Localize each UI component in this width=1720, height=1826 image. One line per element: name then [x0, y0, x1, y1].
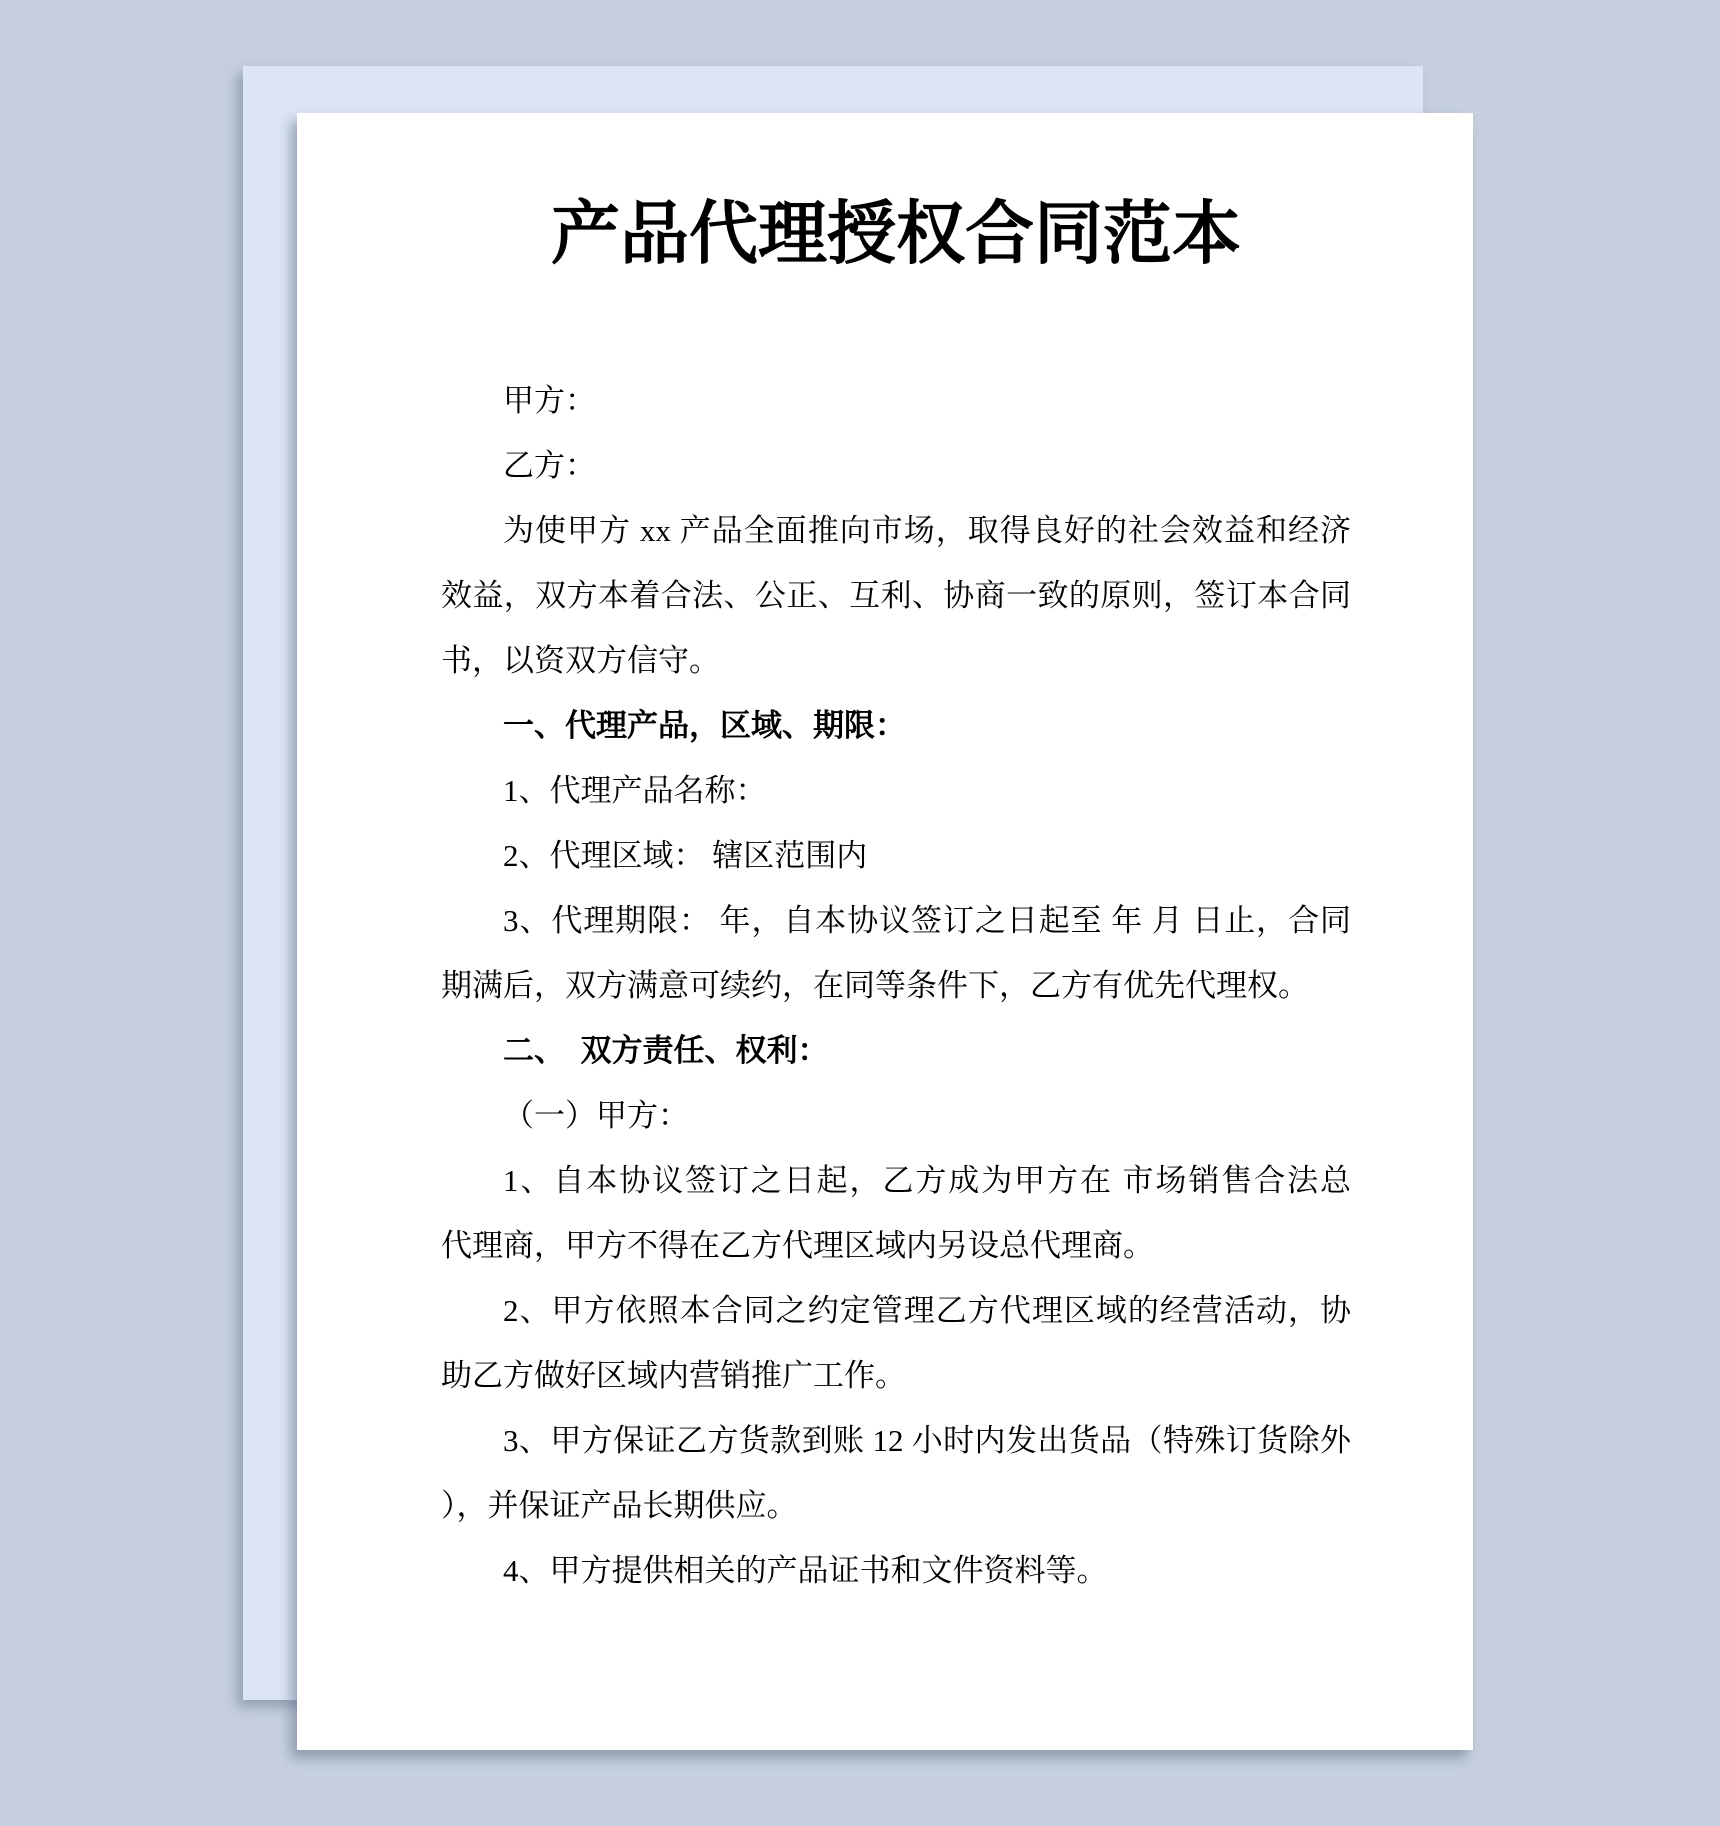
- document-line: 3、甲方保证乙方货款到账 12 小时内发出货品（特殊订货除外: [441, 1408, 1351, 1473]
- document-line: 效益，双方本着合法、公正、互利、协商一致的原则，签订本合同: [441, 563, 1351, 628]
- document-line: 助乙方做好区域内营销推广工作。: [441, 1343, 1351, 1408]
- contract-page: 产品代理授权合同范本 甲方： 乙方： 为使甲方 xx 产品全面推向市场，取得良好…: [297, 113, 1473, 1750]
- document-line: 1、自本协议签订之日起，乙方成为甲方在 市场销售合法总: [441, 1148, 1351, 1213]
- document-line: 代理商，甲方不得在乙方代理区域内另设总代理商。: [441, 1213, 1351, 1278]
- desk-background: 产品代理授权合同范本 甲方： 乙方： 为使甲方 xx 产品全面推向市场，取得良好…: [0, 0, 1720, 1826]
- document-line: 书，以资双方信守。: [441, 628, 1351, 693]
- contract-title: 产品代理授权合同范本: [441, 199, 1351, 268]
- document-line: 为使甲方 xx 产品全面推向市场，取得良好的社会效益和经济: [441, 498, 1351, 563]
- document-line: 期满后，双方满意可续约，在同等条件下，乙方有优先代理权。: [441, 953, 1351, 1018]
- document-line: 2、甲方依照本合同之约定管理乙方代理区域的经营活动，协: [441, 1278, 1351, 1343]
- contract-content: 产品代理授权合同范本 甲方： 乙方： 为使甲方 xx 产品全面推向市场，取得良好…: [297, 113, 1473, 1750]
- document-section-heading: 一、代理产品，区域、期限：: [441, 693, 1351, 758]
- document-line: 乙方：: [441, 433, 1351, 498]
- document-line: （一）甲方：: [441, 1083, 1351, 1148]
- document-line: 3、代理期限： 年，自本协议签订之日起至 年 月 日止，合同: [441, 888, 1351, 953]
- document-line: 1、代理产品名称：: [441, 758, 1351, 823]
- document-line: 4、甲方提供相关的产品证书和文件资料等。: [441, 1538, 1351, 1603]
- document-section-heading: 二、 双方责任、权利：: [441, 1018, 1351, 1083]
- document-line: 甲方：: [441, 368, 1351, 433]
- document-line: 2、代理区域： 辖区范围内: [441, 823, 1351, 888]
- document-line: ），并保证产品长期供应。: [441, 1473, 1351, 1538]
